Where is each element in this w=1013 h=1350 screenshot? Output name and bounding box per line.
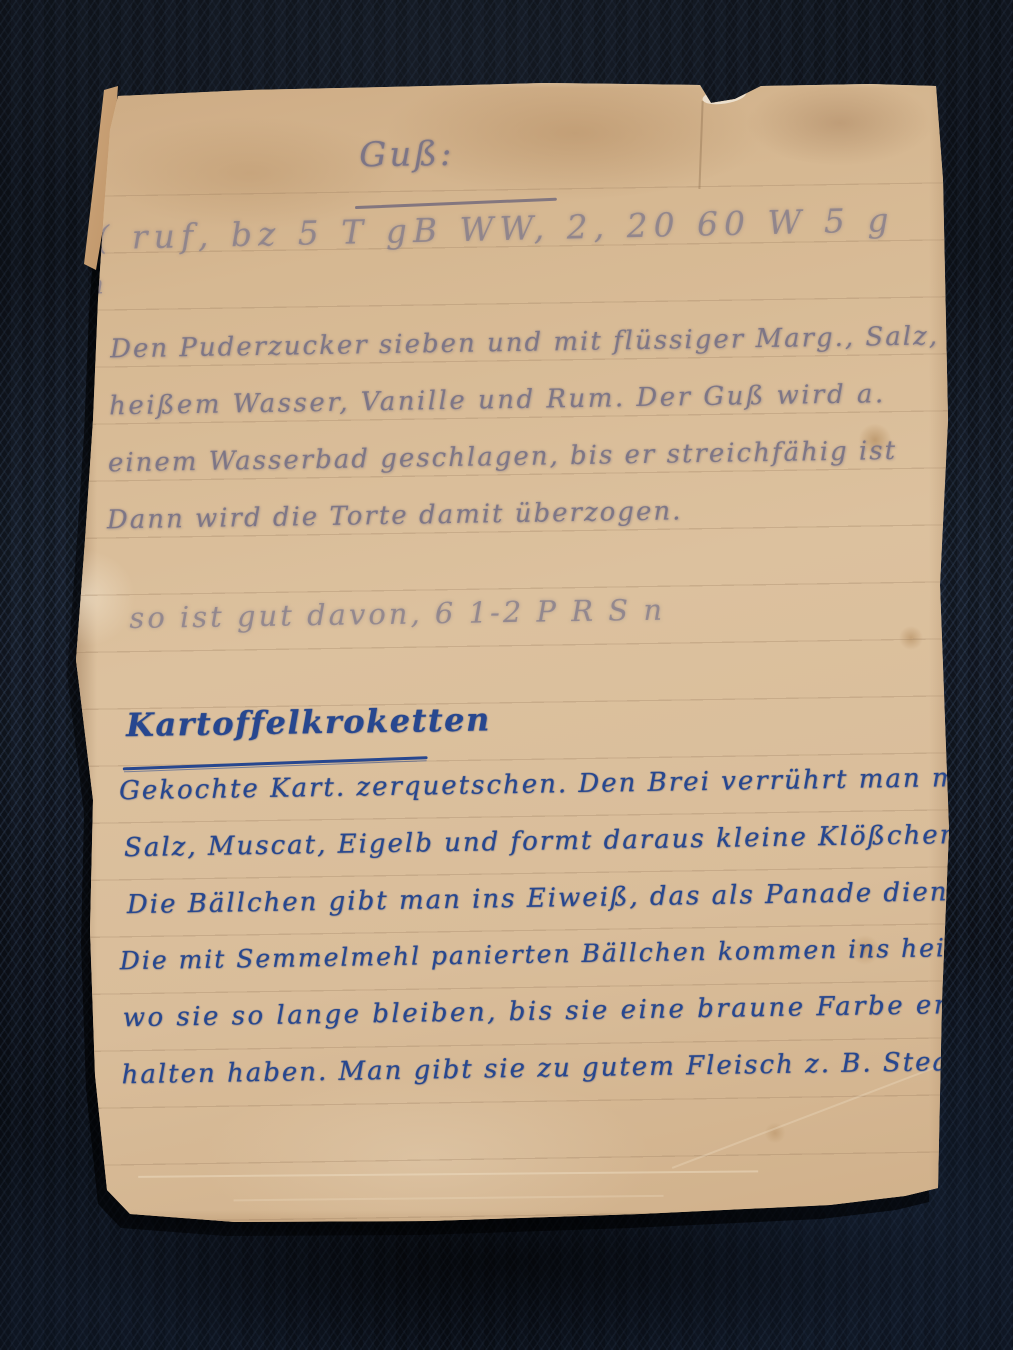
tear-crease [698, 101, 703, 189]
page-content: Guß: ( ruf, bz 5 T gB WW, 2, 20 60 W 5 g… [66, 71, 964, 1235]
pencil-recipe-title: Guß: [359, 137, 455, 172]
ink-recipe-title: Kartoffelkroketten [126, 703, 491, 741]
paper-sheet: Guß: ( ruf, bz 5 T gB WW, 2, 20 60 W 5 g… [75, 78, 955, 1228]
photo-of-handwritten-recipe: Guß: ( ruf, bz 5 T gB WW, 2, 20 60 W 5 g… [0, 0, 1013, 1350]
pencil-note-line: so ist gut davon, 6 1-2 P R S n [129, 596, 665, 633]
